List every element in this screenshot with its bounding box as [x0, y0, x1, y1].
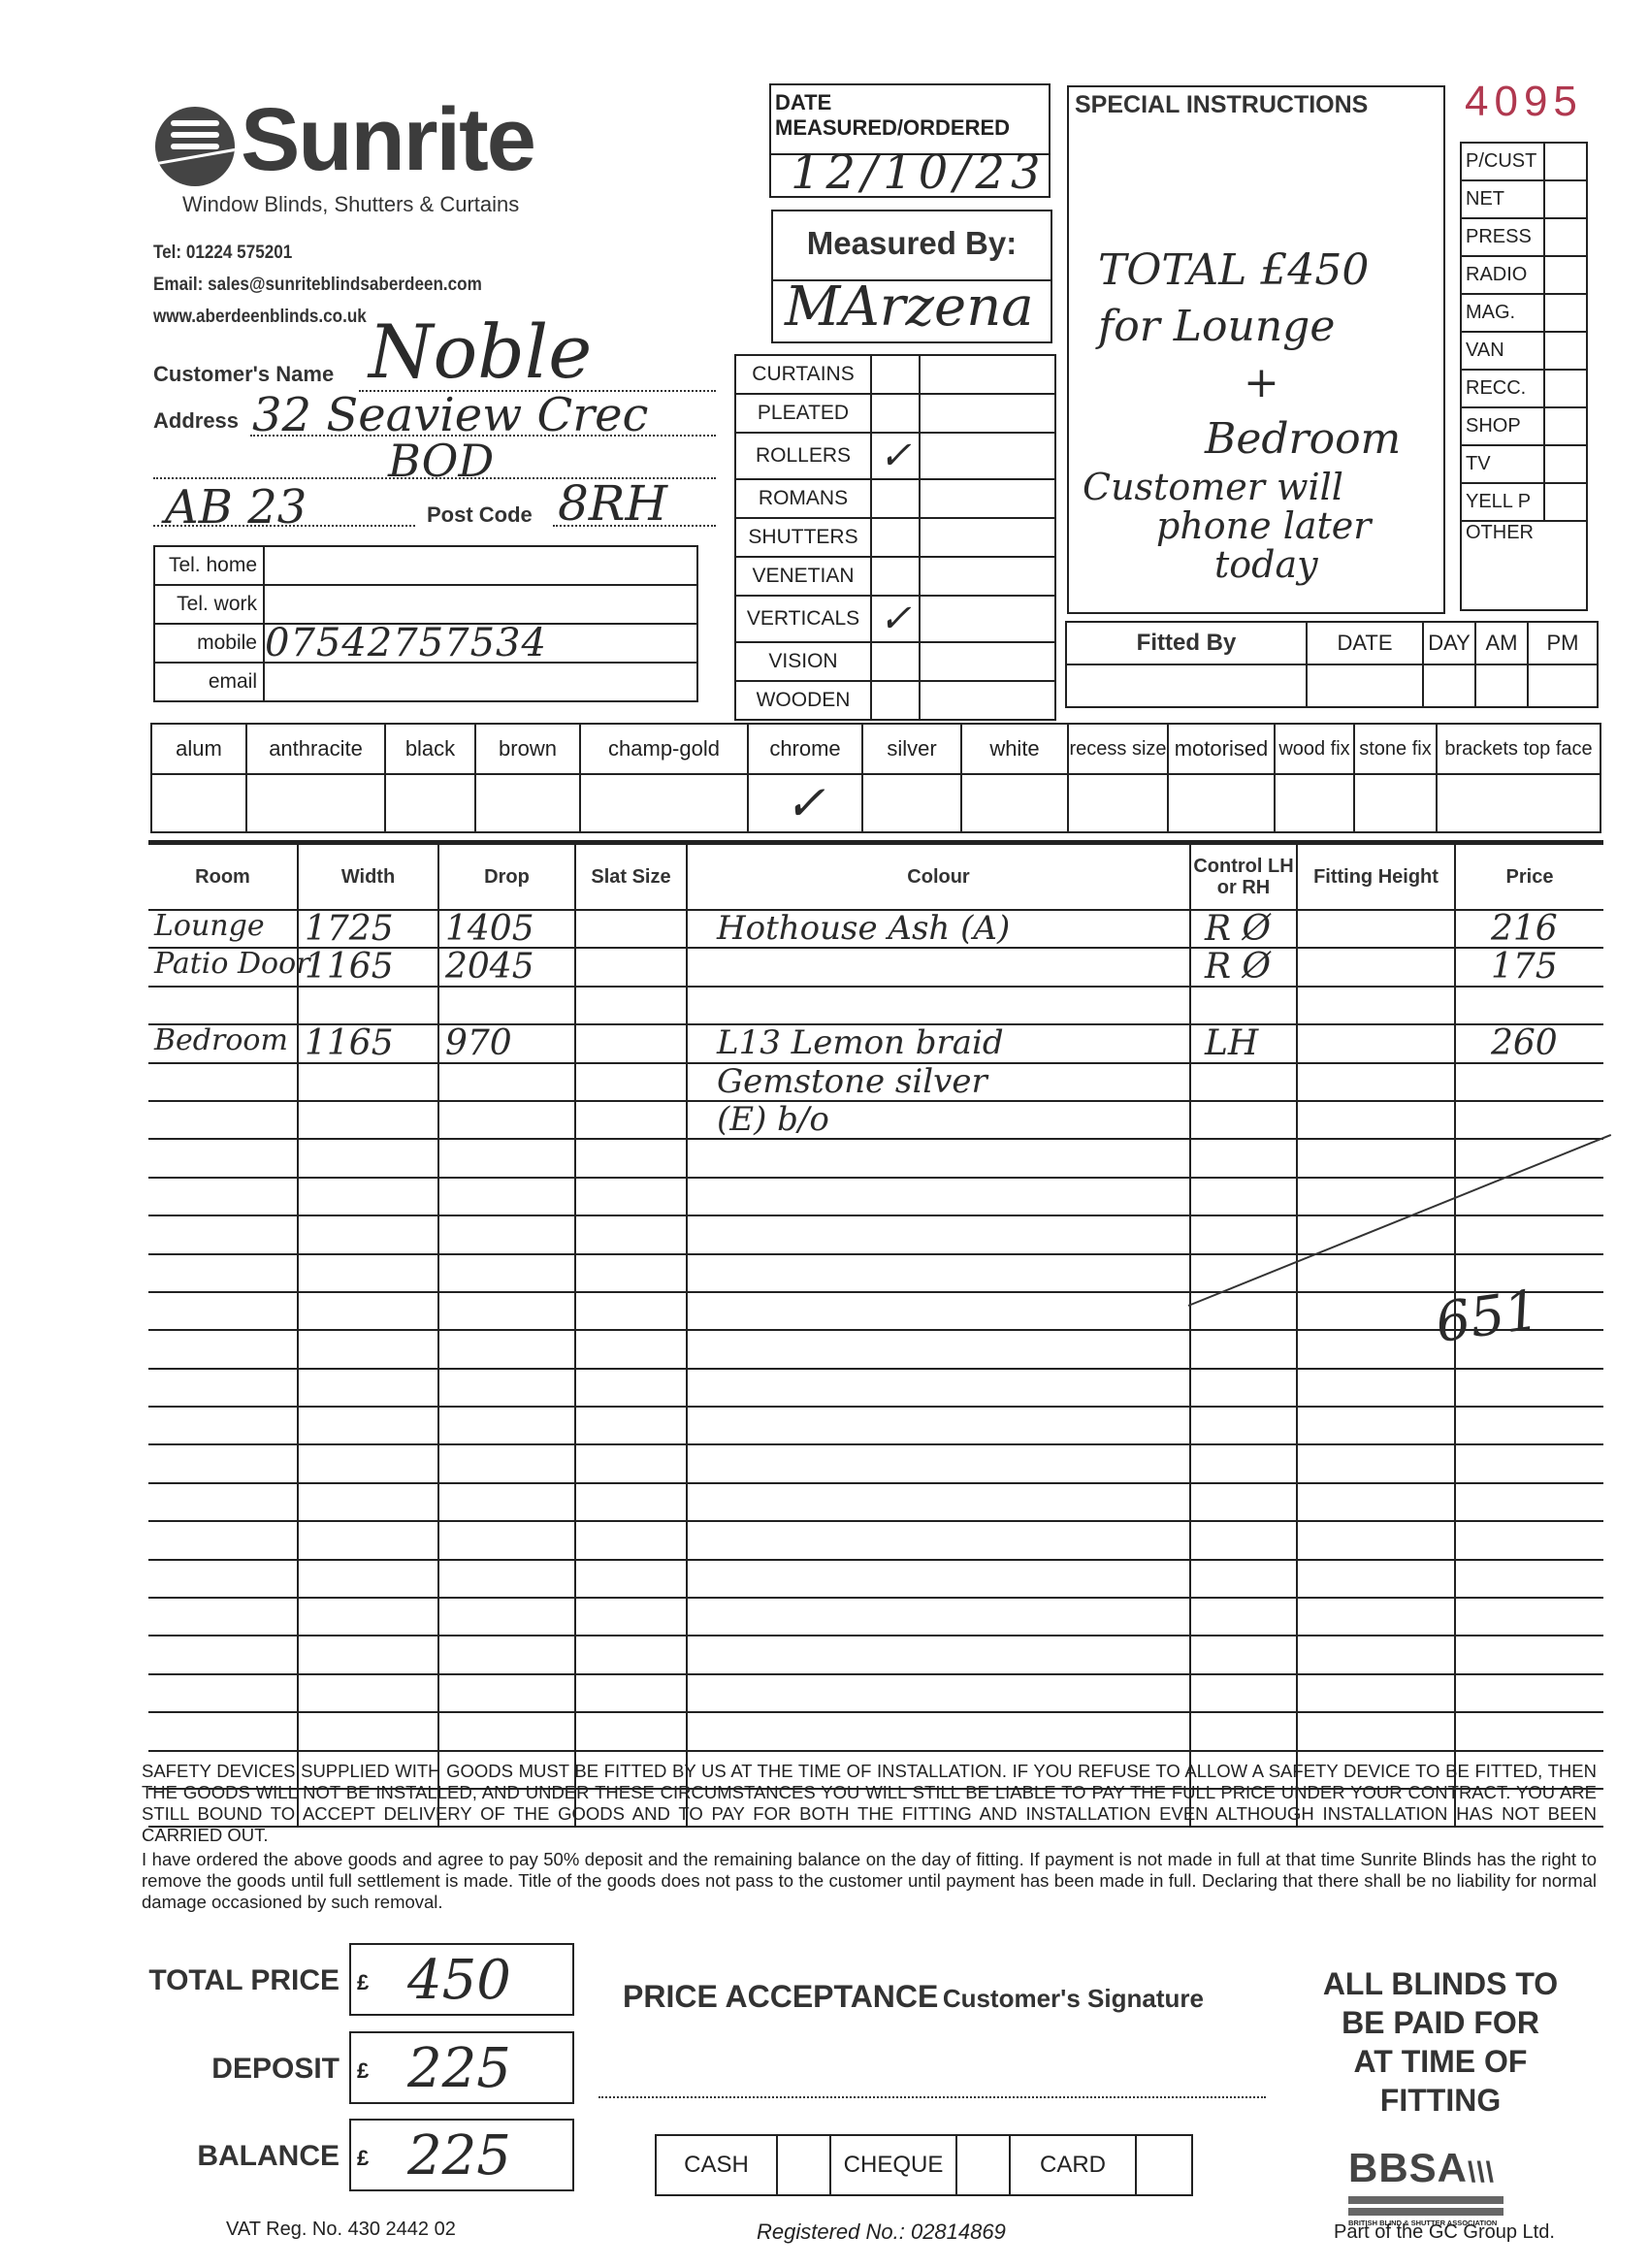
- cell-drop[interactable]: [439, 1599, 576, 1635]
- cell-width[interactable]: [299, 1445, 439, 1481]
- finish-anthracite-check[interactable]: [246, 774, 385, 832]
- cell-price[interactable]: [1456, 1675, 1603, 1711]
- cell-control[interactable]: [1191, 1561, 1298, 1597]
- cell-price[interactable]: [1456, 1216, 1603, 1252]
- cell-slat[interactable]: [576, 911, 688, 947]
- finish-recess-check[interactable]: [1068, 774, 1168, 832]
- cell-drop[interactable]: [439, 1293, 576, 1329]
- cell-colour[interactable]: [688, 1179, 1191, 1215]
- cell-colour[interactable]: (E) b/o: [688, 1102, 1191, 1138]
- cell-colour[interactable]: Hothouse Ash (A): [688, 911, 1191, 947]
- table-row: Patio Door11652045R Ø175: [148, 949, 1603, 987]
- cell-colour[interactable]: [688, 1293, 1191, 1329]
- cell-slat[interactable]: [576, 1255, 688, 1291]
- cell-drop[interactable]: [439, 1179, 576, 1215]
- cell-fitting[interactable]: [1298, 1713, 1456, 1749]
- cell-control[interactable]: R Ø: [1191, 911, 1298, 947]
- cell-drop[interactable]: [439, 1064, 576, 1100]
- type-curtains-check[interactable]: [871, 355, 920, 394]
- cell-room[interactable]: Bedroom: [148, 1025, 299, 1061]
- type-verticals-label: VERTICALS: [735, 596, 871, 642]
- price-acceptance-title: PRICE ACCEPTANCE: [623, 1979, 938, 2014]
- cell-control[interactable]: R Ø: [1191, 949, 1298, 985]
- cell-slat[interactable]: [576, 1484, 688, 1520]
- cell-width[interactable]: [299, 1255, 439, 1291]
- brand-tagline: Window Blinds, Shutters & Curtains: [182, 192, 519, 217]
- cell-colour[interactable]: [688, 1370, 1191, 1406]
- source-mag-label: MAG.: [1461, 294, 1544, 332]
- cell-drop[interactable]: 1405: [439, 911, 576, 947]
- cell-width[interactable]: [299, 1484, 439, 1520]
- col-slat-header: Slat Size: [576, 845, 688, 909]
- cell-slat[interactable]: [576, 1408, 688, 1443]
- cell-width[interactable]: [299, 1140, 439, 1176]
- cell-drop[interactable]: [439, 1522, 576, 1558]
- cell-slat[interactable]: [576, 1445, 688, 1481]
- cell-drop[interactable]: [439, 1675, 576, 1711]
- cell-control[interactable]: [1191, 1408, 1298, 1443]
- cell-room[interactable]: [148, 1179, 299, 1215]
- source-pcust-label: P/CUST: [1461, 143, 1544, 180]
- cell-drop[interactable]: [439, 1102, 576, 1138]
- cell-colour[interactable]: [688, 949, 1191, 985]
- cell-room-value: Patio Door: [154, 947, 310, 981]
- cell-control[interactable]: LH: [1191, 1025, 1298, 1061]
- type-verticals-check[interactable]: ✓: [871, 596, 920, 642]
- deposit-box[interactable]: £ 225: [349, 2031, 574, 2104]
- type-romans-label: ROMANS: [735, 479, 871, 518]
- cell-fitting[interactable]: [1298, 1675, 1456, 1711]
- cell-slat[interactable]: [576, 1216, 688, 1252]
- source-van-check[interactable]: [1544, 332, 1587, 370]
- cell-width-value: 1165: [305, 1023, 394, 1063]
- table-row: [148, 1331, 1603, 1369]
- cell-colour[interactable]: [688, 1522, 1191, 1558]
- type-curtains-label: CURTAINS: [735, 355, 871, 394]
- cell-slat[interactable]: [576, 1675, 688, 1711]
- cell-slat[interactable]: [576, 988, 688, 1023]
- cell-width[interactable]: [299, 1293, 439, 1329]
- cell-drop[interactable]: [439, 1331, 576, 1367]
- instruction-line: Customer will: [1083, 468, 1401, 506]
- cell-colour[interactable]: [688, 1675, 1191, 1711]
- pay-cash-check[interactable]: [777, 2135, 830, 2195]
- cell-room-value: Lounge: [154, 909, 265, 943]
- type-vision-check[interactable]: [871, 642, 920, 681]
- tel-work-field[interactable]: [264, 585, 697, 624]
- cell-price[interactable]: [1456, 1599, 1603, 1635]
- cell-slat[interactable]: [576, 1599, 688, 1635]
- cell-width[interactable]: [299, 988, 439, 1023]
- finish-black-check[interactable]: [385, 774, 475, 832]
- finish-alum-check[interactable]: [151, 774, 246, 832]
- cell-fitting[interactable]: [1298, 1216, 1456, 1252]
- lead-source-table: P/CUST NET PRESS RADIO MAG. VAN RECC. SH…: [1460, 142, 1588, 611]
- cell-control[interactable]: [1191, 1331, 1298, 1367]
- cell-price[interactable]: [1456, 1561, 1603, 1597]
- contact-table: Tel. home Tel. work mobile07542757534 em…: [153, 545, 698, 702]
- cell-width[interactable]: [299, 1102, 439, 1138]
- type-wooden-check[interactable]: [871, 681, 920, 720]
- cell-control[interactable]: [1191, 988, 1298, 1023]
- cell-slat[interactable]: [576, 1064, 688, 1100]
- order-table-header: Room Width Drop Slat Size Colour Control…: [148, 840, 1603, 911]
- pay-card-label: CARD: [1010, 2135, 1136, 2195]
- finish-wood-fix-check[interactable]: [1275, 774, 1354, 832]
- cell-drop[interactable]: [439, 1140, 576, 1176]
- cell-width[interactable]: [299, 1408, 439, 1443]
- cell-slat[interactable]: [576, 1331, 688, 1367]
- type-vision-note: [920, 642, 1055, 681]
- instruction-line: TOTAL £450: [1098, 243, 1401, 299]
- cell-control[interactable]: [1191, 1255, 1298, 1291]
- address-line3-underline: [153, 525, 415, 527]
- finish-stone-fix-label: stone fix: [1354, 724, 1437, 774]
- cell-colour[interactable]: [688, 1255, 1191, 1291]
- cell-control[interactable]: [1191, 1599, 1298, 1635]
- source-radio-check[interactable]: [1544, 256, 1587, 294]
- cell-price[interactable]: [1456, 1484, 1603, 1520]
- cell-width[interactable]: [299, 1331, 439, 1367]
- fitted-day-field[interactable]: [1423, 664, 1475, 707]
- deposit-value: 225: [407, 2037, 511, 2100]
- cell-fitting[interactable]: [1298, 1636, 1456, 1672]
- cell-room[interactable]: [148, 1561, 299, 1597]
- cell-drop[interactable]: [439, 1216, 576, 1252]
- cell-control[interactable]: [1191, 1140, 1298, 1176]
- source-shop-check[interactable]: [1544, 407, 1587, 445]
- cell-room[interactable]: [148, 1140, 299, 1176]
- type-curtains-note: [920, 355, 1055, 394]
- tel-home-field[interactable]: [264, 546, 697, 585]
- type-rollers-label: ROLLERS: [735, 433, 871, 479]
- cell-price[interactable]: [1456, 1370, 1603, 1406]
- contact-row-work: Tel. work: [154, 585, 697, 624]
- source-press-label: PRESS: [1461, 218, 1544, 256]
- cell-fitting[interactable]: [1298, 949, 1456, 985]
- cell-control[interactable]: [1191, 1064, 1298, 1100]
- balance-box[interactable]: £ 225: [349, 2119, 574, 2191]
- measured-by-value[interactable]: MArzena: [785, 275, 1034, 339]
- cell-fitting[interactable]: [1298, 1599, 1456, 1635]
- instruction-line: for Lounge: [1098, 299, 1401, 355]
- source-mag-check[interactable]: [1544, 294, 1587, 332]
- source-pcust-check[interactable]: [1544, 143, 1587, 180]
- date-measured-box: DATE MEASURED/ORDERED 12/10/23: [769, 83, 1051, 198]
- cell-colour[interactable]: [688, 1484, 1191, 1520]
- cell-slat[interactable]: [576, 1561, 688, 1597]
- signature-line[interactable]: [598, 2096, 1266, 2098]
- postcode-value[interactable]: 8RH: [558, 475, 667, 532]
- cell-width[interactable]: [299, 1216, 439, 1252]
- cell-room[interactable]: [148, 1064, 299, 1100]
- type-pleated-check[interactable]: [871, 394, 920, 433]
- cell-room[interactable]: Lounge: [148, 911, 299, 947]
- cell-control[interactable]: [1191, 1484, 1298, 1520]
- cell-room[interactable]: [148, 1255, 299, 1291]
- table-row: [148, 1636, 1603, 1674]
- cell-control[interactable]: [1191, 1522, 1298, 1558]
- contact-row-mobile: mobile07542757534: [154, 624, 697, 663]
- cell-drop[interactable]: [439, 1370, 576, 1406]
- cell-colour[interactable]: [688, 1331, 1191, 1367]
- fitted-by-field[interactable]: [1066, 664, 1307, 707]
- cell-width[interactable]: [299, 1561, 439, 1597]
- notice-line: AT TIME OF: [1300, 2042, 1581, 2081]
- cell-drop[interactable]: [439, 1445, 576, 1481]
- cell-colour[interactable]: [688, 1636, 1191, 1672]
- table-row: [148, 1522, 1603, 1560]
- cell-fitting[interactable]: [1298, 1025, 1456, 1061]
- cell-room[interactable]: [148, 1522, 299, 1558]
- finish-recess-size-label: recess size: [1068, 724, 1168, 774]
- cell-room[interactable]: [148, 1408, 299, 1443]
- tel-home-label: Tel. home: [154, 546, 264, 585]
- cell-price[interactable]: 175: [1456, 949, 1603, 985]
- cell-fitting[interactable]: [1298, 1484, 1456, 1520]
- cell-fitting[interactable]: [1298, 1370, 1456, 1406]
- cell-drop[interactable]: [439, 1713, 576, 1749]
- cell-room[interactable]: [148, 1293, 299, 1329]
- cell-colour[interactable]: [688, 988, 1191, 1023]
- cell-control[interactable]: [1191, 1102, 1298, 1138]
- table-row: [148, 1293, 1603, 1331]
- finish-white-check[interactable]: [961, 774, 1068, 832]
- cell-price[interactable]: [1456, 1102, 1603, 1138]
- cell-width[interactable]: [299, 1636, 439, 1672]
- sunrite-logo-icon: [155, 107, 235, 186]
- cell-room[interactable]: [148, 1445, 299, 1481]
- source-press-check[interactable]: [1544, 218, 1587, 256]
- cell-control[interactable]: [1191, 1370, 1298, 1406]
- table-row: [148, 1370, 1603, 1408]
- type-romans-check[interactable]: [871, 479, 920, 518]
- col-colour-header: Colour: [688, 845, 1191, 909]
- cell-price[interactable]: [1456, 988, 1603, 1023]
- cell-fitting[interactable]: [1298, 988, 1456, 1023]
- cell-slat[interactable]: [576, 1522, 688, 1558]
- address-label: Address: [153, 408, 239, 434]
- source-tv-label: TV: [1461, 445, 1544, 483]
- type-wooden-label: WOODEN: [735, 681, 871, 720]
- cell-width[interactable]: [299, 1370, 439, 1406]
- cell-width[interactable]: [299, 1064, 439, 1100]
- col-width-header: Width: [299, 845, 439, 909]
- cell-fitting[interactable]: [1298, 911, 1456, 947]
- instruction-line: Bedroom: [1098, 411, 1401, 468]
- cell-drop[interactable]: 2045: [439, 949, 576, 985]
- source-yellp-check[interactable]: [1544, 483, 1587, 521]
- company-email: Email: sales@sunriteblindsaberdeen.com: [153, 275, 482, 296]
- email-field[interactable]: [264, 663, 697, 701]
- cell-price[interactable]: 260: [1456, 1025, 1603, 1061]
- finish-brown-label: brown: [475, 724, 580, 774]
- cell-slat[interactable]: [576, 1293, 688, 1329]
- cell-fitting[interactable]: [1298, 1255, 1456, 1291]
- fitted-pm-field[interactable]: [1528, 664, 1598, 707]
- cell-colour[interactable]: Gemstone silver: [688, 1064, 1191, 1100]
- cell-price[interactable]: [1456, 1636, 1603, 1672]
- fitted-date-field[interactable]: [1307, 664, 1423, 707]
- cell-fitting[interactable]: [1298, 1064, 1456, 1100]
- cell-control[interactable]: [1191, 1179, 1298, 1215]
- table-row: [148, 1216, 1603, 1254]
- cell-width[interactable]: [299, 1675, 439, 1711]
- cell-drop[interactable]: [439, 1255, 576, 1291]
- cell-drop[interactable]: [439, 1484, 576, 1520]
- finish-white-label: white: [961, 724, 1068, 774]
- cell-width[interactable]: 1165: [299, 949, 439, 985]
- pay-cash-label: CASH: [656, 2135, 777, 2195]
- type-row-pleated: PLEATED: [735, 394, 1055, 433]
- cell-room[interactable]: Patio Door: [148, 949, 299, 985]
- cell-price[interactable]: [1456, 1064, 1603, 1100]
- fitted-am-field[interactable]: [1475, 664, 1528, 707]
- cell-fitting[interactable]: [1298, 1140, 1456, 1176]
- cell-price[interactable]: [1456, 1713, 1603, 1749]
- cell-slat[interactable]: [576, 1179, 688, 1215]
- cell-control[interactable]: [1191, 1636, 1298, 1672]
- cell-colour[interactable]: L13 Lemon braid: [688, 1025, 1191, 1061]
- cell-fitting[interactable]: [1298, 1179, 1456, 1215]
- cell-drop[interactable]: 970: [439, 1025, 576, 1061]
- cell-drop[interactable]: [439, 1561, 576, 1597]
- finish-silver-check[interactable]: [862, 774, 961, 832]
- cell-control[interactable]: [1191, 1713, 1298, 1749]
- price-acceptance: PRICE ACCEPTANCE Customer's Signature: [623, 1979, 1204, 2015]
- pay-card-check[interactable]: [1136, 2135, 1192, 2195]
- cell-room[interactable]: [148, 988, 299, 1023]
- cell-drop[interactable]: [439, 988, 576, 1023]
- source-other-field[interactable]: OTHER: [1461, 521, 1587, 610]
- type-vision-label: VISION: [735, 642, 871, 681]
- finish-chrome-check[interactable]: ✓: [748, 774, 862, 832]
- cell-room[interactable]: [148, 1599, 299, 1635]
- cell-control-value: R Ø: [1205, 947, 1271, 987]
- pay-cheque-check[interactable]: [956, 2135, 1010, 2195]
- cell-slat[interactable]: [576, 1636, 688, 1672]
- type-row-wooden: WOODEN: [735, 681, 1055, 720]
- cell-drop[interactable]: [439, 1636, 576, 1672]
- cell-fitting[interactable]: [1298, 1408, 1456, 1443]
- type-pleated-note: [920, 394, 1055, 433]
- table-row: [148, 1445, 1603, 1483]
- finish-stone-fix-check[interactable]: [1354, 774, 1437, 832]
- cell-slat[interactable]: [576, 1370, 688, 1406]
- finish-brown-check[interactable]: [475, 774, 580, 832]
- cell-colour[interactable]: [688, 1599, 1191, 1635]
- cell-control[interactable]: [1191, 1445, 1298, 1481]
- cell-room[interactable]: [148, 1370, 299, 1406]
- cell-room[interactable]: [148, 1636, 299, 1672]
- cell-slat[interactable]: [576, 1102, 688, 1138]
- finish-silver-label: silver: [862, 724, 961, 774]
- cell-slat[interactable]: [576, 949, 688, 985]
- cell-price[interactable]: 216: [1456, 911, 1603, 947]
- cell-room[interactable]: [148, 1216, 299, 1252]
- cell-slat[interactable]: [576, 1713, 688, 1749]
- cell-fitting[interactable]: [1298, 1561, 1456, 1597]
- cell-width[interactable]: [299, 1522, 439, 1558]
- source-recc-check[interactable]: [1544, 370, 1587, 407]
- total-price-box[interactable]: £ 450: [349, 1943, 574, 2016]
- fitted-am-label: AM: [1475, 622, 1528, 664]
- cell-price[interactable]: [1456, 1408, 1603, 1443]
- type-venetian-check[interactable]: [871, 557, 920, 596]
- source-tv-check[interactable]: [1544, 445, 1587, 483]
- fitted-day-label: DAY: [1423, 622, 1475, 664]
- customer-name-label: Customer's Name: [153, 362, 334, 387]
- cell-drop[interactable]: [439, 1408, 576, 1443]
- finish-brackets-check[interactable]: [1437, 774, 1600, 832]
- cell-colour-value: (E) b/o: [717, 1100, 829, 1139]
- cell-colour-value: Gemstone silver: [717, 1062, 987, 1101]
- cell-width[interactable]: 1165: [299, 1025, 439, 1061]
- cell-width[interactable]: [299, 1713, 439, 1749]
- cell-price[interactable]: [1456, 1445, 1603, 1481]
- type-rollers-check[interactable]: ✓: [871, 433, 920, 479]
- cell-control[interactable]: [1191, 1216, 1298, 1252]
- customer-name-value[interactable]: Noble: [369, 308, 592, 395]
- source-yellp-label: YELL P: [1461, 483, 1544, 521]
- cell-room[interactable]: [148, 1713, 299, 1749]
- cell-fitting[interactable]: [1298, 1331, 1456, 1367]
- source-net-check[interactable]: [1544, 180, 1587, 218]
- balance-label: BALANCE: [145, 2140, 339, 2173]
- date-measured-value[interactable]: 12/10/23: [791, 146, 1047, 200]
- cell-room[interactable]: [148, 1102, 299, 1138]
- cell-room[interactable]: [148, 1484, 299, 1520]
- cell-colour[interactable]: [688, 1445, 1191, 1481]
- source-shop-label: SHOP: [1461, 407, 1544, 445]
- table-row: [148, 1713, 1603, 1751]
- finish-champ-gold-check[interactable]: [580, 774, 748, 832]
- cell-colour[interactable]: [688, 1561, 1191, 1597]
- table-row: Gemstone silver: [148, 1064, 1603, 1102]
- tel-work-label: Tel. work: [154, 585, 264, 624]
- cell-colour[interactable]: [688, 1140, 1191, 1176]
- finish-wood-fix-label: wood fix: [1275, 724, 1354, 774]
- cell-colour[interactable]: [688, 1713, 1191, 1749]
- type-row-shutters: SHUTTERS: [735, 518, 1055, 557]
- cell-width[interactable]: [299, 1179, 439, 1215]
- cell-colour[interactable]: [688, 1216, 1191, 1252]
- col-control-header: Control LH or RH: [1191, 845, 1298, 909]
- cell-fitting[interactable]: [1298, 1445, 1456, 1481]
- cell-control[interactable]: [1191, 1675, 1298, 1711]
- special-instructions-text[interactable]: TOTAL £450 for Lounge + Bedroom Customer…: [1098, 243, 1401, 584]
- cell-fitting[interactable]: [1298, 1102, 1456, 1138]
- cell-price[interactable]: [1456, 1179, 1603, 1215]
- contact-row-email: email: [154, 663, 697, 701]
- cell-colour[interactable]: [688, 1408, 1191, 1443]
- cell-price[interactable]: [1456, 1522, 1603, 1558]
- type-verticals-note: [920, 596, 1055, 642]
- finish-chrome-label: chrome: [748, 724, 862, 774]
- type-shutters-check[interactable]: [871, 518, 920, 557]
- cell-room[interactable]: [148, 1331, 299, 1367]
- cell-width[interactable]: [299, 1599, 439, 1635]
- cell-width[interactable]: 1725: [299, 911, 439, 947]
- cell-slat[interactable]: [576, 1025, 688, 1061]
- cell-slat[interactable]: [576, 1140, 688, 1176]
- mobile-field[interactable]: 07542757534: [264, 624, 697, 663]
- cell-room[interactable]: [148, 1675, 299, 1711]
- finish-motorised-check[interactable]: [1168, 774, 1275, 832]
- vat-number: VAT Reg. No. 430 2442 02: [226, 2219, 456, 2241]
- cell-fitting[interactable]: [1298, 1522, 1456, 1558]
- instruction-line: phone later: [1098, 506, 1401, 545]
